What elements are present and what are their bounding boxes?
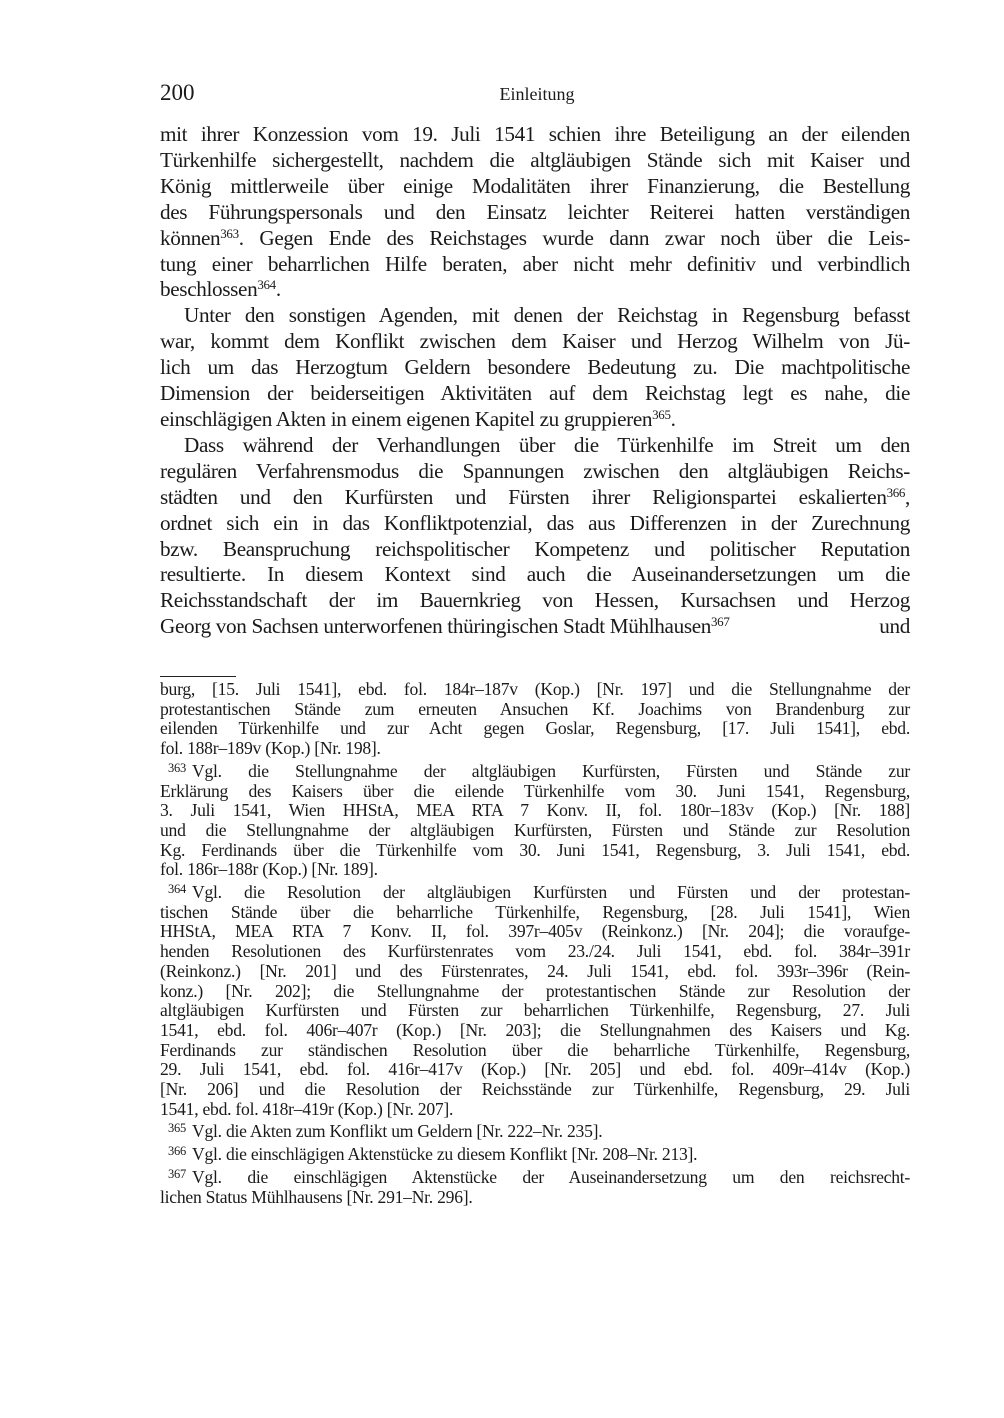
footnote-line: 3. Juli 1541, Wien HHStA, MEA RTA 7 Konv… xyxy=(160,801,910,821)
text-line: bzw. Beanspruchung reichspolitischer Kom… xyxy=(160,537,910,563)
footnote-367: 367Vgl. die einschlägigen Aktenstücke de… xyxy=(160,1168,910,1207)
text-line: König mittlerweile über einige Modalität… xyxy=(160,174,910,200)
footnote-line: HHStA, MEA RTA 7 Konv. II, fol. 397r–405… xyxy=(160,922,910,942)
text-line: Unter den sonstigen Agenden, mit denen d… xyxy=(160,303,910,329)
footnote-line: fol. 186r–188r (Kop.) [Nr. 189]. xyxy=(160,860,910,880)
text-fragment: beschlossen xyxy=(160,277,257,301)
text-fragment: . Gegen Ende des Reichstages wurde dann … xyxy=(239,226,910,250)
footnote-number: 364 xyxy=(168,882,186,896)
text-line: Georg von Sachsen unterworfenen thüringi… xyxy=(160,614,910,640)
footnote-line: konz.) [Nr. 202]; die Stellungnahme der … xyxy=(160,982,910,1002)
footnote-line: (Reinkonz.) [Nr. 201] und des Fürstenrat… xyxy=(160,962,910,982)
text-line: regulären Verfahrensmodus die Spannungen… xyxy=(160,459,910,485)
footnote-number: 366 xyxy=(168,1144,186,1158)
footnote-separator xyxy=(160,676,236,677)
footnote-number: 365 xyxy=(168,1121,186,1135)
paragraph: Unter den sonstigen Agenden, mit denen d… xyxy=(160,303,910,433)
footnote-364: 364Vgl. die Resolution der altgläubigen … xyxy=(160,883,910,1119)
text-line: können363. Gegen Ende des Reichstages wu… xyxy=(160,226,910,252)
footnote-line: tischen Stände über die beharrliche Türk… xyxy=(160,903,910,923)
footnote-ref-363[interactable]: 363 xyxy=(220,226,238,241)
footnote-number: 363 xyxy=(168,761,186,775)
text-line: Dass während der Verhandlungen über die … xyxy=(160,433,910,459)
text-fragment: Vgl. die einschlägigen Aktenstücke der A… xyxy=(192,1167,910,1187)
footnote-366: 366Vgl. die einschlägigen Aktenstücke zu… xyxy=(160,1145,910,1165)
text-fragment: Vgl. die Akten zum Konflikt um Geldern [… xyxy=(192,1121,602,1141)
text-fragment: städten und den Kurfürsten und Fürsten i… xyxy=(160,485,887,509)
footnote-number: 367 xyxy=(168,1167,186,1181)
footnote-line: eilenden Türkenhilfe und zur Acht gegen … xyxy=(160,719,910,739)
footnote-line: Erklärung des Kaisers über die eilende T… xyxy=(160,782,910,802)
footnote-ref-366[interactable]: 366 xyxy=(887,485,905,500)
footnote-ref-367[interactable]: 367 xyxy=(711,614,729,629)
footnote-line: und die Stellungnahme der altgläubigen K… xyxy=(160,821,910,841)
text-line: beschlossen364. xyxy=(160,277,910,303)
footnote-line: Kg. Ferdinands über die Türkenhilfe vom … xyxy=(160,841,910,861)
text-line: tung einer beharrlichen Hilfe beraten, a… xyxy=(160,252,910,278)
text-fragment: Vgl. die Stellungnahme der altgläubigen … xyxy=(192,761,910,781)
footnote-line: altgläubigen Kurfürsten und Fürsten zur … xyxy=(160,1001,910,1021)
text-fragment: einschlägigen Akten in einem eigenen Kap… xyxy=(160,407,652,431)
text-fragment: Georg von Sachsen unterworfenen thüringi… xyxy=(160,614,711,638)
running-head: Einleitung xyxy=(0,83,1004,105)
text-line: Dimension der beiderseitigen Aktivitäten… xyxy=(160,381,910,407)
footnote-line: 366Vgl. die einschlägigen Aktenstücke zu… xyxy=(160,1145,910,1165)
footnote-363: 363Vgl. die Stellungnahme der altgläubig… xyxy=(160,762,910,880)
footnote-line: 367Vgl. die einschlägigen Aktenstücke de… xyxy=(160,1168,910,1188)
text-line: mit ihrer Konzession vom 19. Juli 1541 s… xyxy=(160,122,910,148)
footnote-line: 363Vgl. die Stellungnahme der altgläubig… xyxy=(160,762,910,782)
main-text: mit ihrer Konzession vom 19. Juli 1541 s… xyxy=(160,122,910,640)
footnote-line: Ferdinands zur ständischen Resolution üb… xyxy=(160,1041,910,1061)
footnote-line: 29. Juli 1541, ebd. fol. 416r–417v (Kop.… xyxy=(160,1060,910,1080)
footnote-line: lichen Status Mühlhausens [Nr. 291–Nr. 2… xyxy=(160,1188,910,1208)
text-line: städten und den Kurfürsten und Fürsten i… xyxy=(160,485,910,511)
text-line: war, kommt dem Konflikt zwischen dem Kai… xyxy=(160,329,910,355)
footnote-line: henden Resolutionen des Kurfürstenrates … xyxy=(160,942,910,962)
footnote-ref-364[interactable]: 364 xyxy=(257,277,275,292)
footnote-line: 1541, ebd. fol. 406r–407r (Kop.) [Nr. 20… xyxy=(160,1021,910,1041)
text-fragment: und xyxy=(879,614,910,640)
text-line: ordnet sich ein in das Konfliktpotenzial… xyxy=(160,511,910,537)
text-fragment: . xyxy=(276,277,281,301)
footnote-line: [Nr. 206] und die Resolution der Reichss… xyxy=(160,1080,910,1100)
footnote-line: 364Vgl. die Resolution der altgläubigen … xyxy=(160,883,910,903)
text-fragment: . xyxy=(671,407,676,431)
footnote-line: 365Vgl. die Akten zum Konflikt um Gelder… xyxy=(160,1122,910,1142)
footnote-line: fol. 188r–189v (Kop.) [Nr. 198]. xyxy=(160,739,910,759)
text-fragment: können xyxy=(160,226,220,250)
paragraph: Dass während der Verhandlungen über die … xyxy=(160,433,910,640)
footnote-line: protestantischen Stände zum erneuten Ans… xyxy=(160,700,910,720)
text-fragment: Georg von Sachsen unterworfenen thüringi… xyxy=(160,614,729,640)
text-fragment: Vgl. die Resolution der altgläubigen Kur… xyxy=(192,882,910,902)
text-line: des Führungspersonals und den Einsatz le… xyxy=(160,200,910,226)
text-line: resultierte. In diesem Kontext sind auch… xyxy=(160,562,910,588)
footnote-ref-365[interactable]: 365 xyxy=(652,407,670,422)
footnote-continued: burg, [15. Juli 1541], ebd. fol. 184r–18… xyxy=(160,680,910,759)
text-fragment: Vgl. die einschlägigen Aktenstücke zu di… xyxy=(192,1144,697,1164)
text-line: Türkenhilfe sichergestellt, nachdem die … xyxy=(160,148,910,174)
text-line: einschlägigen Akten in einem eigenen Kap… xyxy=(160,407,910,433)
text-fragment: , xyxy=(905,485,910,509)
footnote-365: 365Vgl. die Akten zum Konflikt um Gelder… xyxy=(160,1122,910,1142)
text-line: lich um das Herzogtum Geldern besondere … xyxy=(160,355,910,381)
footnote-line: burg, [15. Juli 1541], ebd. fol. 184r–18… xyxy=(160,680,910,700)
paragraph: mit ihrer Konzession vom 19. Juli 1541 s… xyxy=(160,122,910,303)
footnote-line: 1541, ebd. fol. 418r–419r (Kop.) [Nr. 20… xyxy=(160,1100,910,1120)
footnotes: burg, [15. Juli 1541], ebd. fol. 184r–18… xyxy=(160,680,910,1209)
text-line: Reichsstandschaft der im Bauernkrieg von… xyxy=(160,588,910,614)
